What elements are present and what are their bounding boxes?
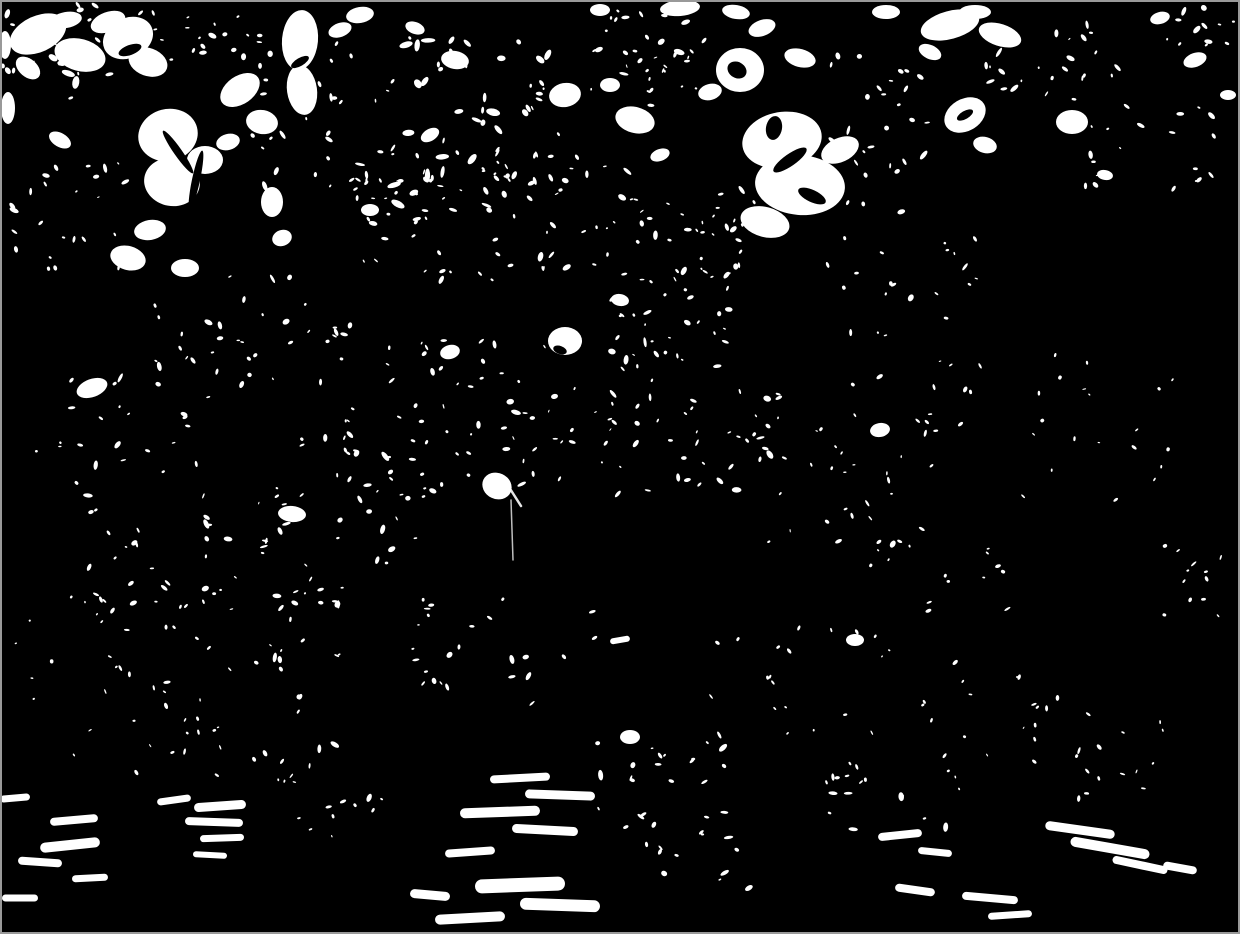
binary-image-canvas [0,0,1240,934]
thresholded-orchard-photo [0,0,1240,934]
